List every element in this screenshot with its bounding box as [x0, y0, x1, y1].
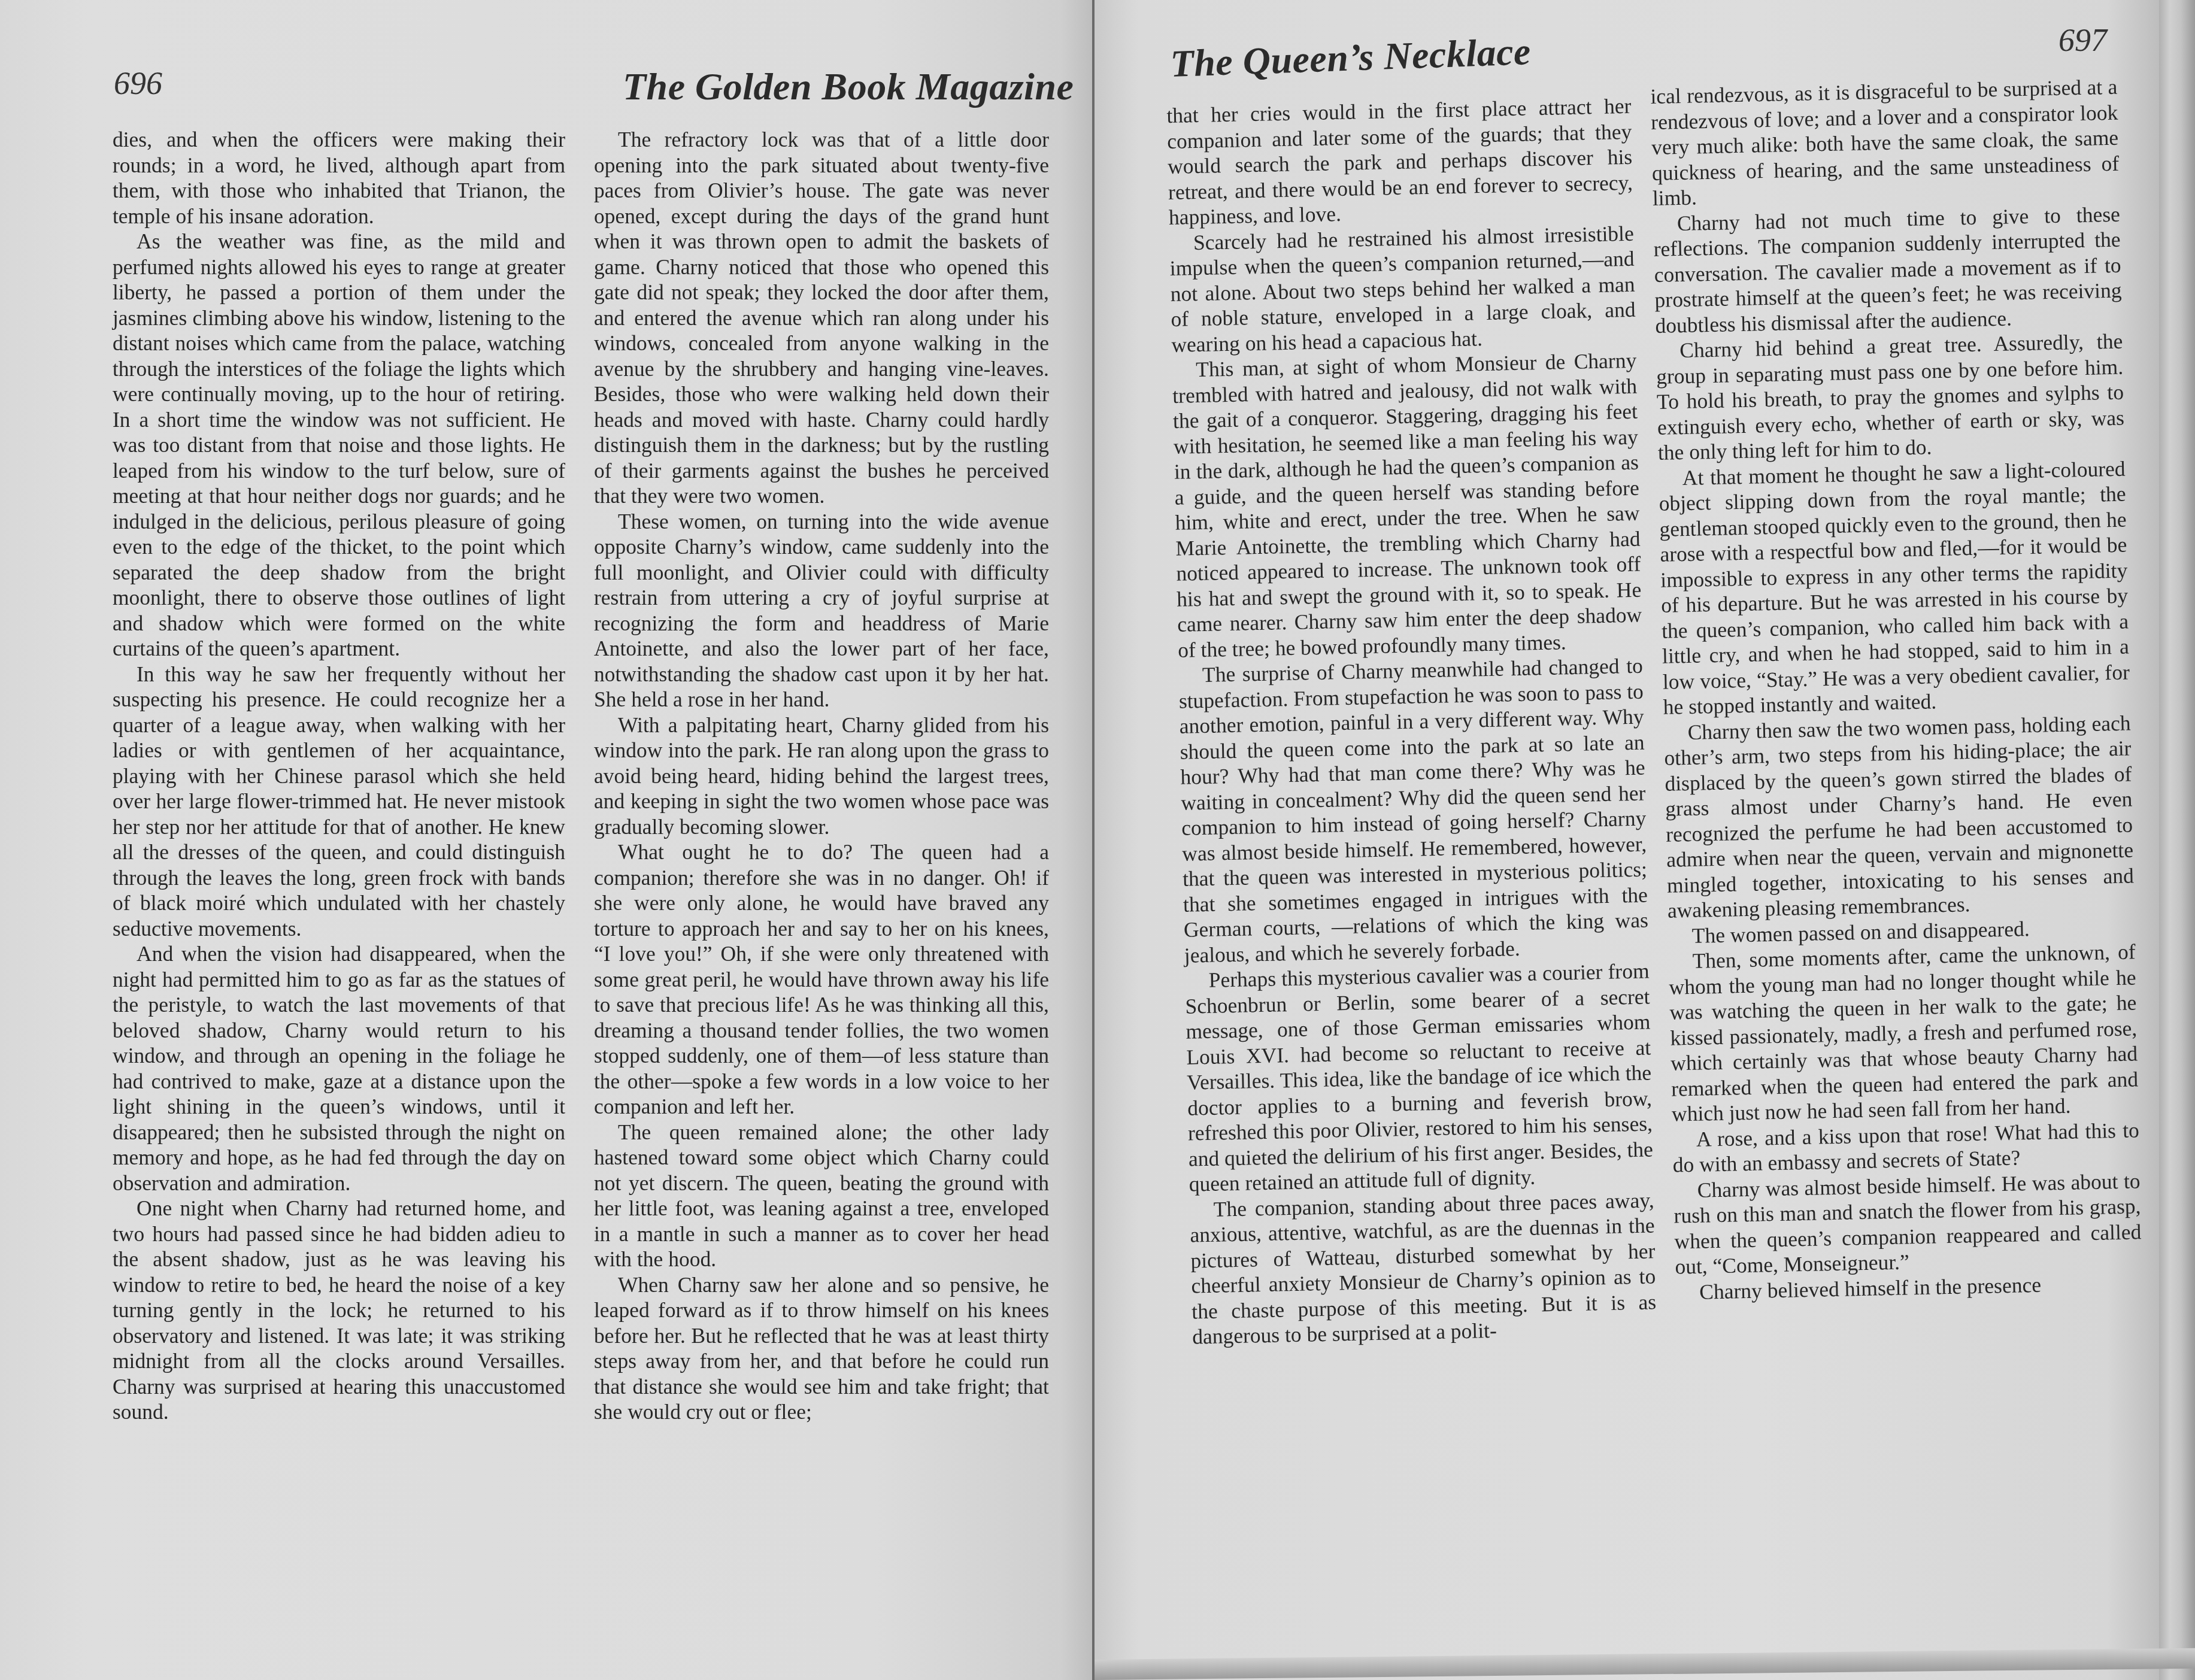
- paragraph: One night when Charny had returned home,…: [113, 1196, 565, 1425]
- paragraph: The companion, standing about three pace…: [1189, 1187, 1657, 1350]
- paragraph: These women, on turning into the wide av…: [594, 509, 1049, 712]
- paragraph: Charny had not much time to give to thes…: [1653, 201, 2122, 338]
- paragraph: In this way he saw her frequently withou…: [113, 662, 565, 942]
- paragraph: Scarcely had he restrained his almost ir…: [1169, 220, 1636, 357]
- paragraph: As the weather was fine, as the mild and…: [113, 229, 565, 662]
- paragraph: With a palpitating heart, Charny glided …: [594, 712, 1049, 840]
- paragraph: At that moment he thought he saw a light…: [1658, 456, 2130, 720]
- paragraph: A rose, and a kiss upon that rose! What …: [1672, 1117, 2140, 1178]
- book-spread: 696 The Golden Book Magazine dies, and w…: [0, 0, 2195, 1680]
- text-column-2: ical rendezvous, as it is disgraceful to…: [1650, 74, 2143, 1305]
- paragraph: Charny hid behind a great tree. Assuredl…: [1656, 329, 2125, 466]
- page-number: 696: [114, 65, 162, 102]
- paragraph: that her cries would in the first place …: [1166, 93, 1633, 231]
- paragraph: dies, and when the officers were making …: [113, 127, 565, 229]
- paragraph: Then, some moments after, came the unkno…: [1668, 939, 2139, 1127]
- paragraph: Perhaps this mysterious cavalier was a c…: [1184, 958, 1654, 1197]
- left-page: 696 The Golden Book Magazine dies, and w…: [0, 0, 1093, 1680]
- text-column-2: The refractory lock was that of a little…: [594, 127, 1049, 1425]
- paragraph: The queen remained alone; the other lady…: [594, 1120, 1049, 1272]
- paragraph: What ought he to do? The queen had a com…: [594, 839, 1049, 1120]
- right-page: The Queen’s Necklace 697 that her cries …: [1095, 0, 2195, 1680]
- paragraph: The refractory lock was that of a little…: [594, 127, 1049, 509]
- paragraph: ical rendezvous, as it is disgraceful to…: [1650, 74, 2120, 211]
- paragraph: Charny was almost beside himself. He was…: [1673, 1168, 2142, 1279]
- paragraph: Charny then saw the two women pass, hold…: [1663, 710, 2135, 923]
- running-head: The Queen’s Necklace: [1169, 29, 1532, 86]
- text-column-1: that her cries would in the first place …: [1166, 93, 1657, 1350]
- page-number: 697: [2058, 22, 2107, 59]
- paragraph: This man, at sight of whom Monsieur de C…: [1172, 348, 1643, 663]
- text-column-1: dies, and when the officers were making …: [113, 127, 565, 1425]
- running-head: The Golden Book Magazine: [623, 65, 1074, 109]
- paragraph: The surprise of Charny meanwhile had cha…: [1178, 653, 1650, 968]
- paragraph: And when the vision had disappeared, whe…: [113, 941, 565, 1196]
- paragraph: When Charny saw her alone and so pensive…: [594, 1272, 1049, 1425]
- page-edge: [2159, 0, 2195, 1680]
